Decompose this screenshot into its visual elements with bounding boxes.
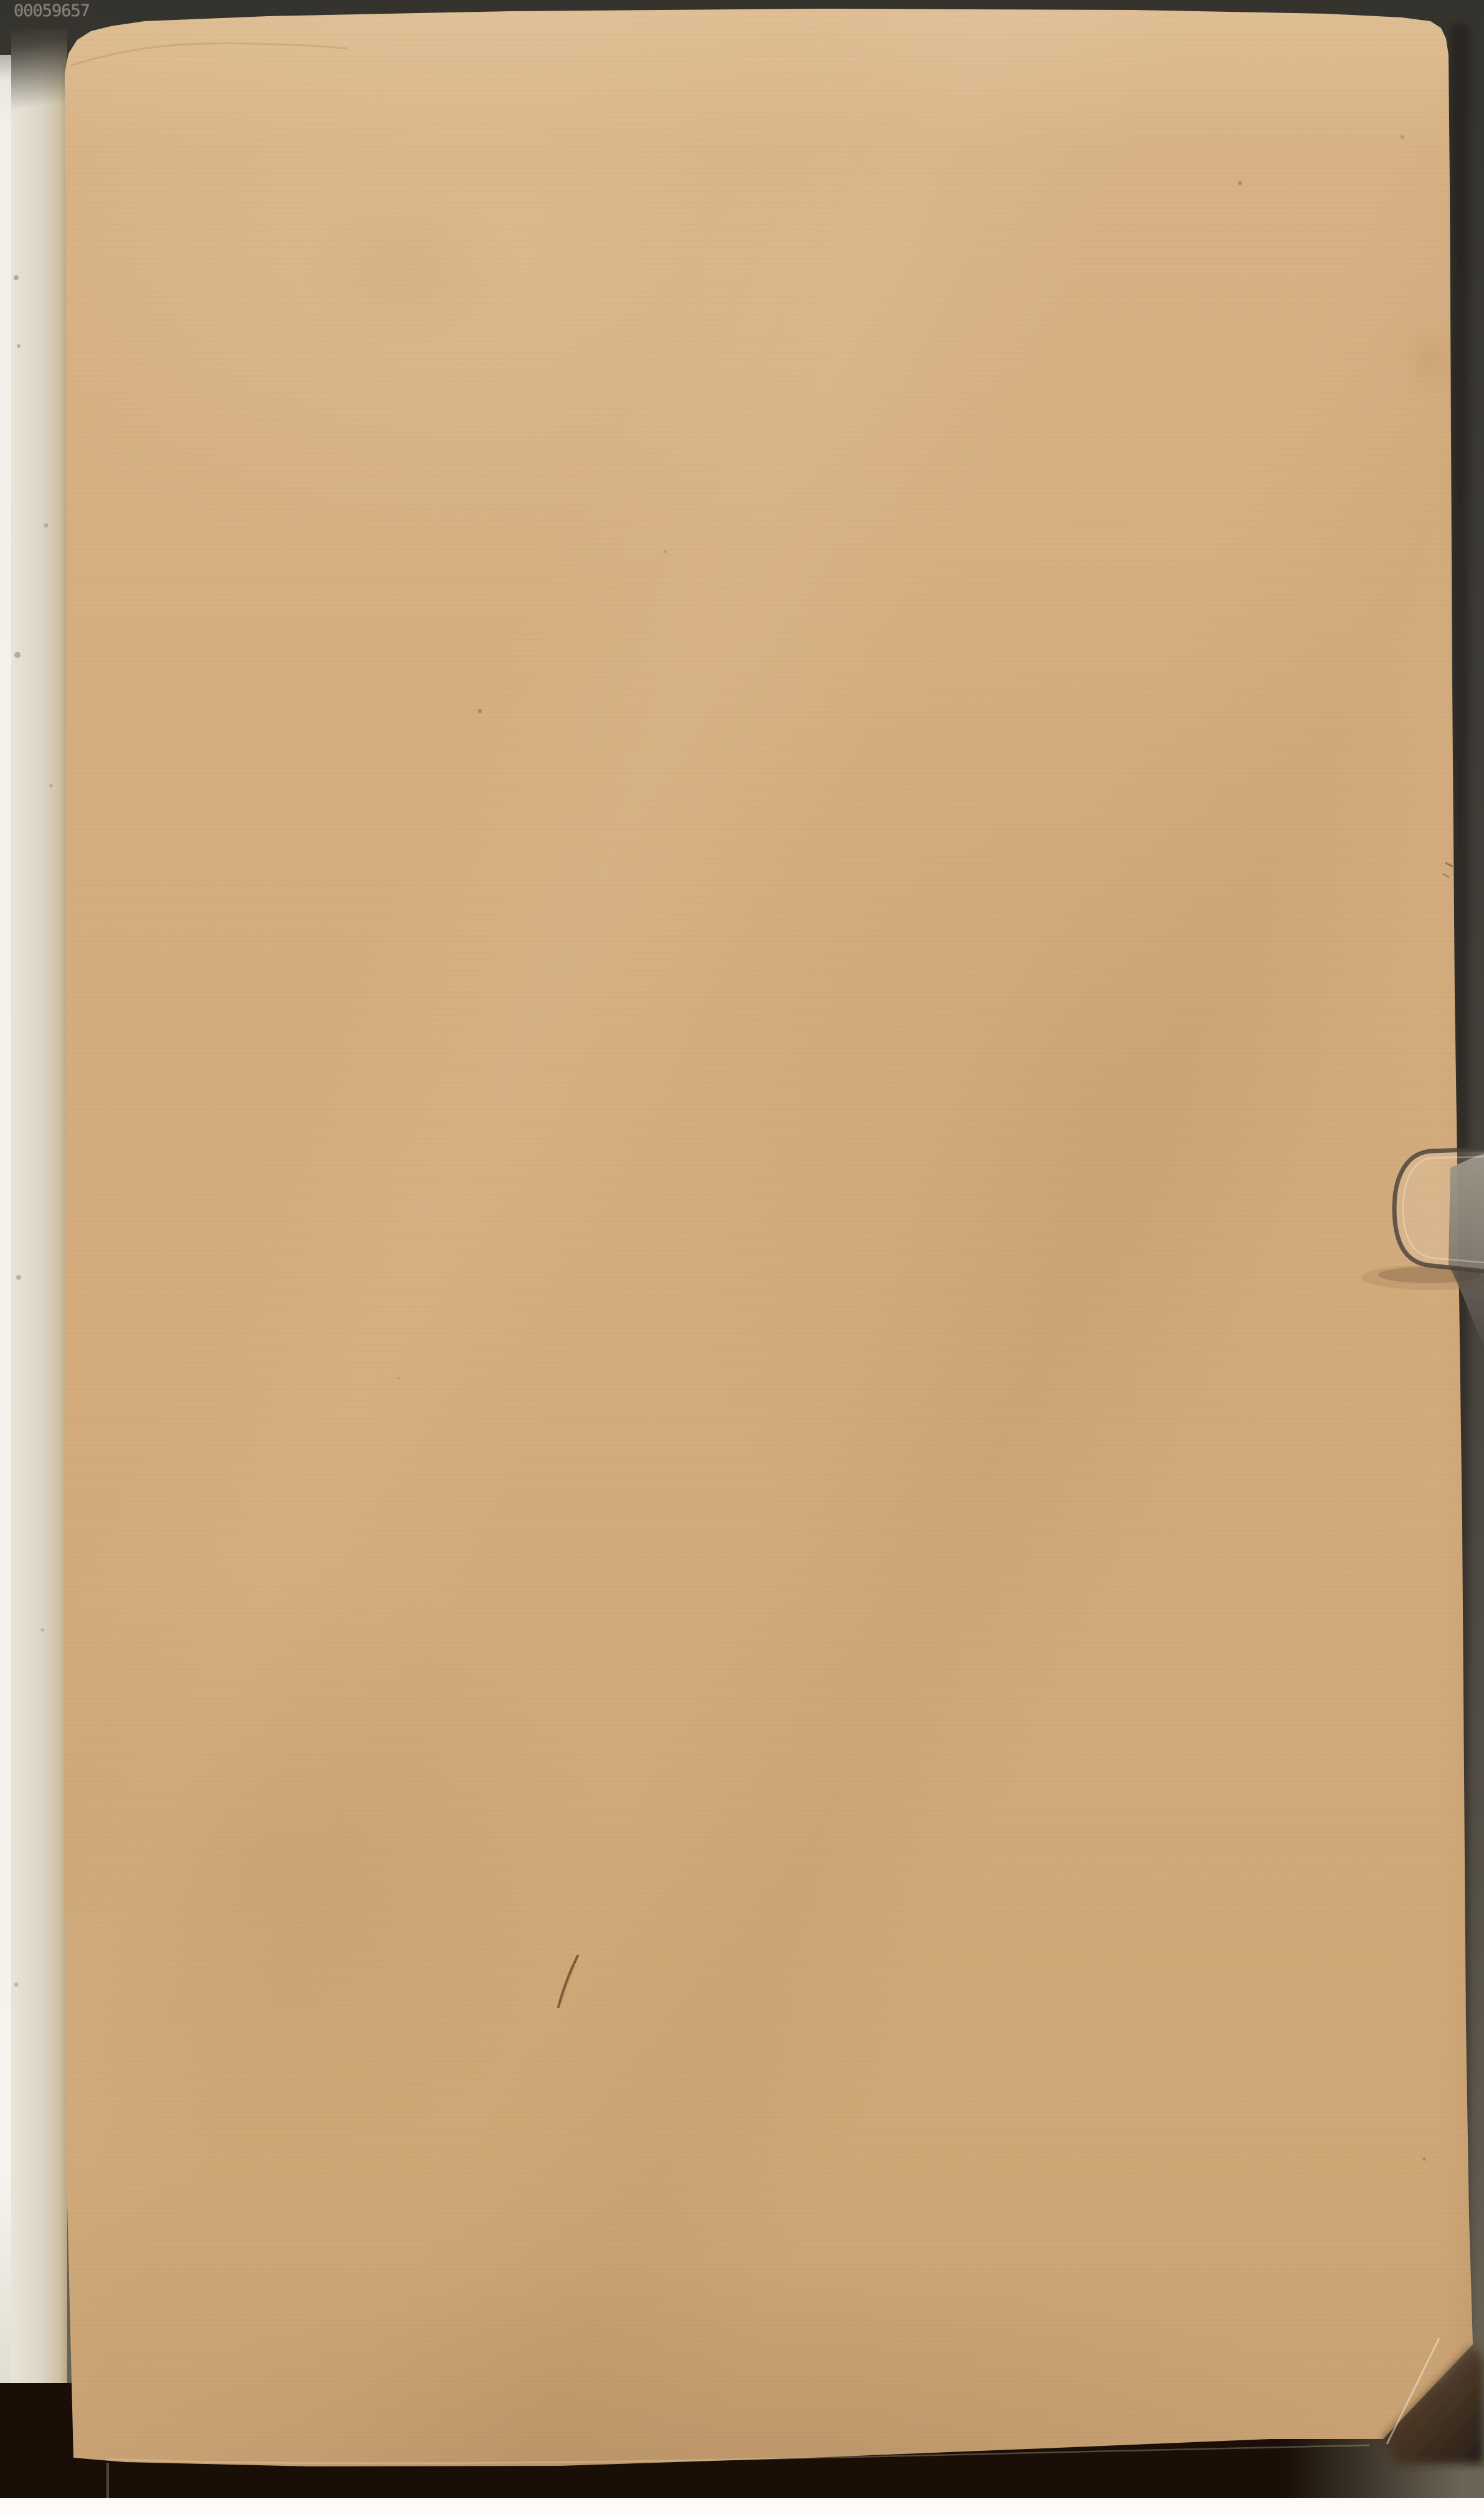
fore-edge-nick xyxy=(1443,874,1449,877)
paper-specks xyxy=(397,135,1427,2161)
corner-shadow xyxy=(1383,2346,1484,2464)
cradle-seam-line xyxy=(106,2463,109,2499)
book-scan-stage: 00059657 xyxy=(0,0,1484,2515)
bottom-edge-highlight xyxy=(106,2445,1369,2463)
corner-crease xyxy=(70,44,349,66)
pen-mark-halo xyxy=(560,1967,573,2002)
edge-strip-flecks xyxy=(14,275,53,1987)
fore-edge-nick xyxy=(1445,863,1453,867)
scan-id-label: 00059657 xyxy=(14,1,90,21)
scan-artifacts-overlay xyxy=(0,0,1484,2515)
scanner-margin-bottom xyxy=(0,2498,1484,2515)
